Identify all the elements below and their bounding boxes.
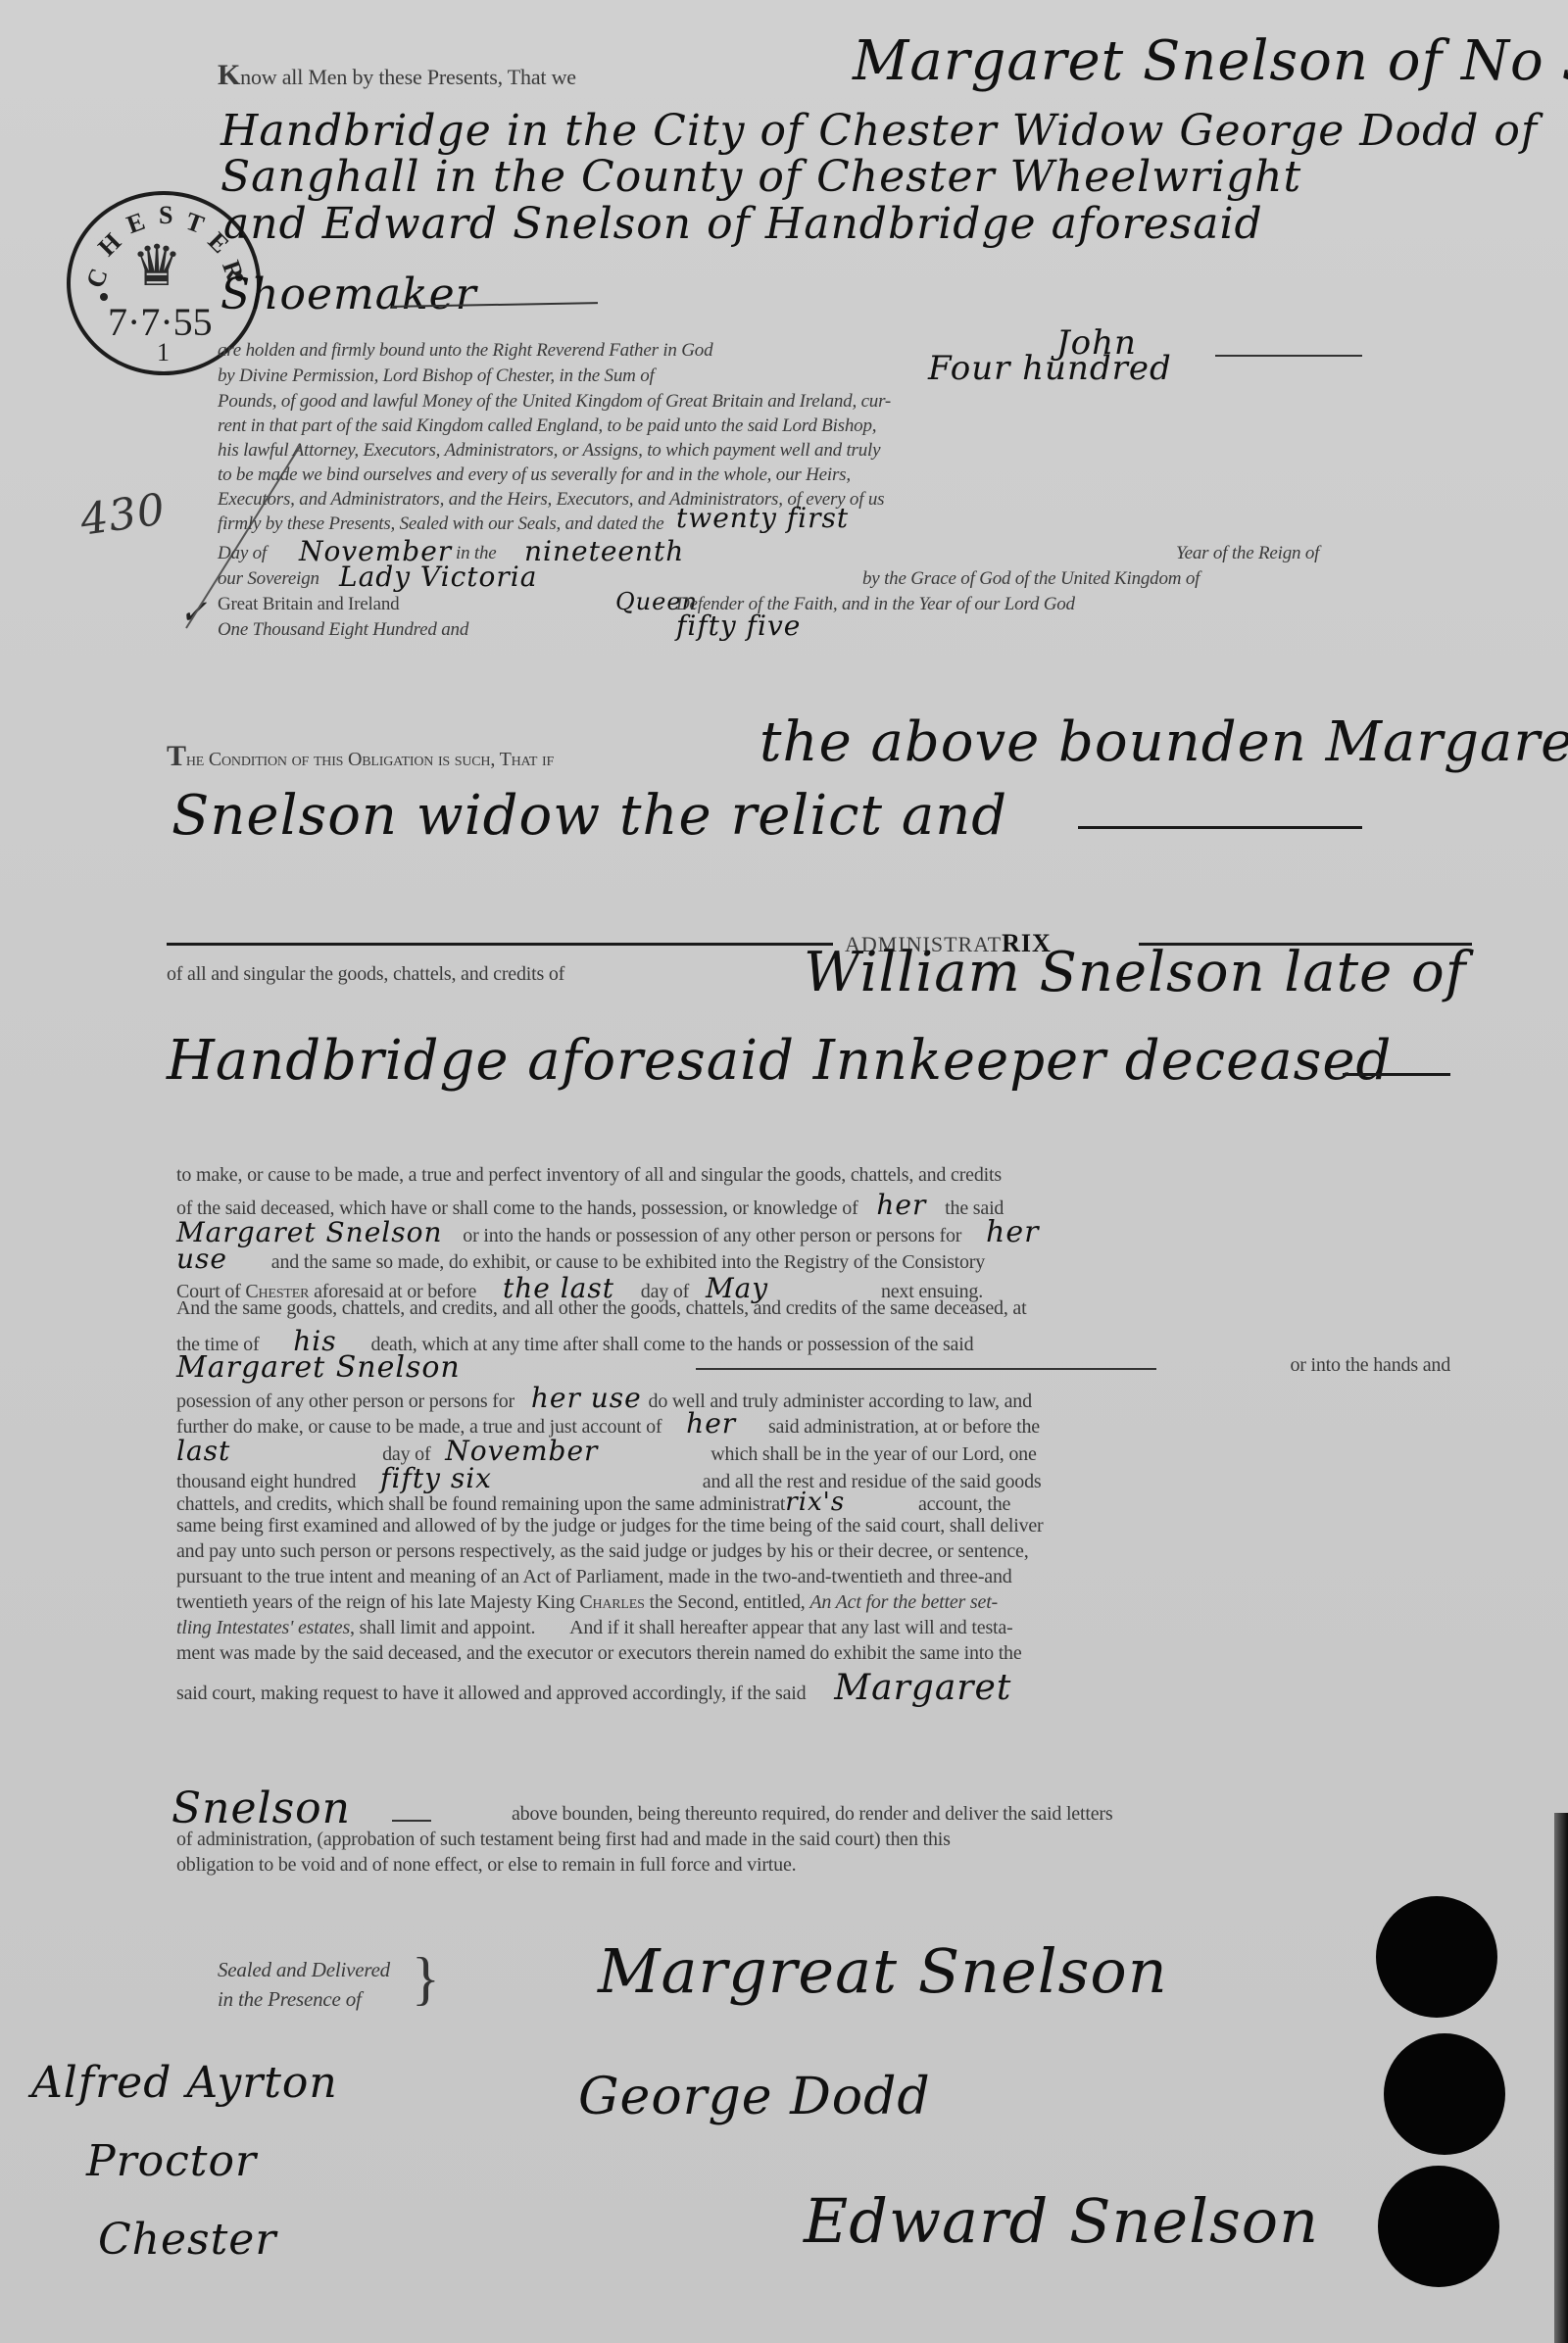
bond-line: by the Grace of God of the United Kingdo…	[862, 568, 1200, 590]
body-text: chattels, and credits, which shall be fo…	[176, 1493, 785, 1515]
body-text: Charles	[579, 1591, 644, 1613]
body-text: said court, making request to have it al…	[176, 1683, 806, 1704]
bond-line: Pounds, of good and lawful Money of the …	[218, 391, 891, 413]
body-line: ment was made by the said deceased, and …	[176, 1642, 1022, 1665]
crown-icon: ♛	[131, 232, 182, 299]
goods-handwritten-1: William Snelson late of	[804, 941, 1467, 1004]
witness-signature-place: Chester	[98, 2215, 276, 2265]
act-title: tling Intestates' estates	[176, 1617, 350, 1638]
body-text: to make, or cause to be made, a true and…	[176, 1164, 1002, 1186]
body-line: tling Intestates' estates, shall limit a…	[176, 1617, 1013, 1639]
document-page: C H E S T E R ♛ 7·7·55 1 430 ✓ Know all …	[0, 0, 1568, 2343]
handwritten-party-4: and Edward Snelson of Handbridge aforesa…	[223, 199, 1263, 249]
dropcap-letter: T	[167, 740, 186, 772]
bond-line: firmly by these Presents, Sealed with ou…	[218, 513, 664, 535]
bond-line: One Thousand Eight Hundred and	[218, 619, 468, 641]
body-text: account, the	[918, 1493, 1010, 1515]
fill-line	[392, 1820, 431, 1822]
closing-line: of administration, (approbation of such …	[176, 1829, 951, 1851]
filled-pronoun: her	[986, 1215, 1039, 1249]
page-edge-shadow	[1554, 1813, 1568, 2343]
margin-note-number: 430	[77, 484, 169, 546]
body-line: And the same goods, chattels, and credit…	[176, 1297, 1026, 1320]
act-title: An Act for the better set-	[809, 1591, 998, 1613]
bond-line: Year of the Reign of	[1176, 543, 1319, 564]
condition-line: The Condition of this Obligation is such…	[167, 740, 554, 773]
bond-opening: Know all Men by these Presents, That we	[218, 59, 576, 92]
filled-name: Margaret	[834, 1668, 1011, 1708]
fill-line	[696, 1368, 1156, 1370]
stamp-number: 1	[157, 338, 170, 367]
bond-line: his lawful Attorney, Executors, Administ…	[218, 440, 880, 462]
handwritten-party-1: Margaret Snelson of No 33	[853, 29, 1568, 93]
filled-use: use	[176, 1243, 227, 1275]
signature-surety-2: Edward Snelson	[804, 2185, 1319, 2257]
body-text: , shall limit and appoint.	[350, 1617, 535, 1638]
sealed-label-2: in the Presence of	[218, 1987, 362, 2012]
witness-signature-name: Alfred Ayrton	[31, 2058, 338, 2108]
stamp-letter: H	[92, 227, 127, 263]
body-line: use and the same so made, do exhibit, or…	[176, 1243, 985, 1275]
condition-handwritten-2: Snelson widow the relict and	[171, 784, 1007, 848]
heading-rule-left	[167, 943, 833, 946]
bond-line: rent in that part of the said Kingdom ca…	[218, 415, 876, 437]
body-line: to make, or cause to be made, a true and…	[176, 1164, 1002, 1187]
filled-sum: Four hundred	[928, 349, 1172, 388]
signature-surety-1: George Dodd	[578, 2068, 931, 2126]
wax-seal-1	[1376, 1896, 1497, 2018]
filled-day: twenty first	[676, 502, 849, 534]
bond-line: Great Britain and Ireland	[218, 594, 399, 615]
body-text: or into the hands and	[1290, 1354, 1450, 1377]
body-line: pursuant to the true intent and meaning …	[176, 1566, 1012, 1588]
bond-line: are holden and firmly bound unto the Rig…	[218, 340, 712, 362]
stamp-dot	[100, 293, 108, 301]
body-line: and pay unto such person or persons resp…	[176, 1540, 1029, 1563]
dropcap-letter: K	[218, 59, 240, 91]
handwritten-party-2: Handbridge in the City of Chester Widow …	[220, 106, 1538, 156]
goods-handwritten-2: Handbridge aforesaid Innkeeper deceased	[167, 1029, 1392, 1093]
body-line: twentieth years of the reign of his late…	[176, 1591, 998, 1614]
body-line: chattels, and credits, which shall be fo…	[176, 1488, 1010, 1517]
closing-handwritten: Snelson	[171, 1783, 351, 1833]
brace-icon: }	[412, 1945, 440, 2013]
filled-rix: rix's	[785, 1488, 845, 1517]
stamp-letter: T	[181, 207, 208, 240]
handwritten-party-5: Shoemaker	[220, 269, 477, 319]
bond-line: by Divine Permission, Lord Bishop of Che…	[218, 366, 655, 387]
closing-line: obligation to be void and of none effect…	[176, 1854, 796, 1877]
body-line: said court, making request to have it al…	[176, 1668, 1011, 1708]
filled-sovereign: Lady Victoria	[339, 561, 537, 593]
bond-line: to be made we bind ourselves and every o…	[218, 464, 851, 486]
body-text: and the same so made, do exhibit, or cau…	[271, 1251, 985, 1273]
signature-principal: Margreat Snelson	[598, 1935, 1168, 2007]
wax-seal-3	[1378, 2166, 1499, 2287]
sealed-label-1: Sealed and Delivered	[218, 1958, 390, 1982]
bond-line: Day of	[218, 543, 267, 564]
stamp-letter: C	[80, 265, 115, 292]
bond-line: our Sovereign	[218, 568, 319, 590]
filled-name: Margaret Snelson	[176, 1350, 461, 1385]
fill-line	[1215, 355, 1362, 357]
fill-line	[1078, 826, 1362, 829]
goods-printed: of all and singular the goods, chattels,…	[167, 963, 564, 986]
body-text: the Second, entitled,	[645, 1591, 810, 1613]
body-text: twentieth years of the reign of his late…	[176, 1591, 579, 1613]
closing-line: above bounden, being thereunto required,…	[512, 1803, 1112, 1826]
filled-year: fifty five	[676, 610, 801, 642]
opening-text: now all Men by these Presents, That we	[240, 65, 576, 89]
handwritten-party-3: Sanghall in the County of Chester Wheelw…	[220, 152, 1301, 202]
stamp-letter: S	[159, 201, 172, 230]
condition-text: he Condition of this Obligation is such,…	[186, 749, 554, 770]
body-text: And the same goods, chattels, and credit…	[176, 1297, 1026, 1319]
condition-handwritten-1: the above bounden Margaret	[759, 710, 1568, 774]
body-text: And if it shall hereafter appear that an…	[569, 1617, 1012, 1638]
filled-regnal-year: nineteenth	[524, 535, 684, 567]
witness-signature-title: Proctor	[86, 2136, 257, 2186]
body-line: same being first examined and allowed of…	[176, 1515, 1044, 1538]
fill-line	[1343, 1073, 1450, 1076]
wax-seal-2	[1384, 2033, 1505, 2155]
